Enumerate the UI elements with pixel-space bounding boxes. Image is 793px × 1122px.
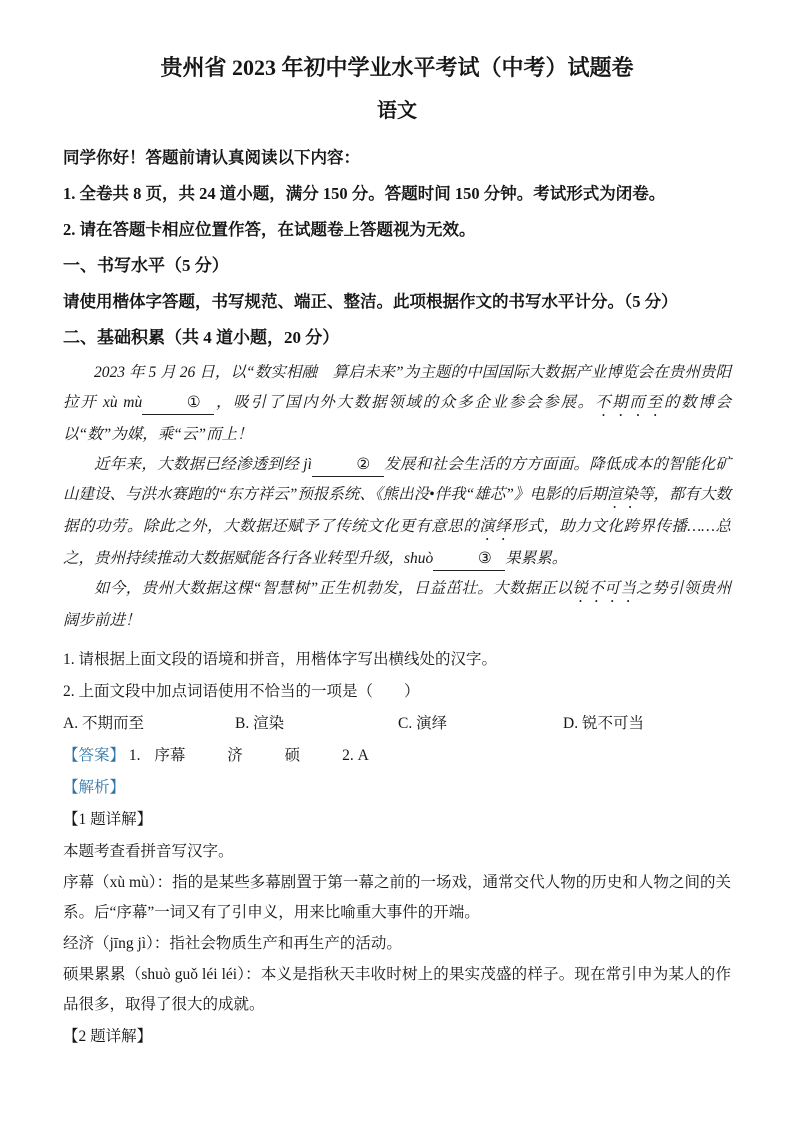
option-b: B. 渲染 [235,708,398,740]
passage-paragraph-2: 近年来，大数据已经渗透到经 jì②发展和社会生活的方方面面。降低成本的智能化矿山… [63,450,731,574]
subject-title: 语文 [63,98,731,124]
answer-1-word-1: 序幕 [154,747,185,764]
option-a: A. 不期而至 [63,708,235,740]
text-run: 果累累。 [505,550,567,567]
passage-paragraph-3: 如今，贵州大数据这棵“智慧树”正生机勃发，日益茁壮。大数据正以锐不可当之势引领贵… [63,574,731,636]
analysis-section: 【解析】 【1 题详解】 本题考查看拼音写汉字。 序幕（xù mù）：指的是某些… [63,772,731,1053]
q1-analysis-heading: 【1 题详解】 [63,804,731,836]
question-2-options: A. 不期而至 B. 渲染 C. 演绎 D. 锐不可当 [63,708,731,740]
q2-analysis-heading: 【2 题详解】 [63,1021,731,1053]
passage-paragraph-1: 2023 年 5 月 26 日，以“数实相融 算启未来”为主题的中国国际大数据产… [63,358,731,450]
reading-passage: 2023 年 5 月 26 日，以“数实相融 算启未来”为主题的中国国际大数据产… [63,358,731,636]
question-2: 2. 上面文段中加点词语使用不恰当的一项是（ ） [63,676,731,708]
notice-item-1: 1. 全卷共 8 页，共 24 道小题，满分 150 分。答题时间 150 分钟… [63,176,731,212]
answer-1-word-2: 济 [227,747,243,764]
blank-underline-2: ② [312,454,384,477]
text-run: ，吸引了国内外大数据领域的众多企业参会参展。 [214,394,595,411]
emphasized-term: 不期而至 [595,394,664,411]
circled-number-3: ③ [478,550,492,567]
exam-paper-page: 贵州省 2023 年初中学业水平考试（中考）试题卷 语文 同学你好！答题前请认真… [0,0,793,1053]
blank-underline-1: ① [142,392,214,415]
option-c: C. 演绎 [398,708,563,740]
section-1-requirement: 请使用楷体字答题，书写规范、端正、整洁。此项根据作文的书写水平计分。（5 分） [63,284,731,320]
analysis-paragraph: 硕果累累（shuò guǒ léi léi）：本义是指秋天丰收时树上的果实茂盛的… [63,960,731,1020]
option-d: D. 锐不可当 [563,708,731,740]
answer-1-word-3: 硕 [285,747,301,764]
analysis-paragraph: 本题考查看拼音写汉字。 [63,837,731,867]
answer-2: 2. A [342,747,369,764]
section-2-heading: 二、基础积累（共 4 道小题，20 分） [63,320,731,356]
page-title: 贵州省 2023 年初中学业水平考试（中考）试题卷 [63,54,731,82]
analysis-paragraph: 序幕（xù mù）：指的是某些多幕剧置于第一幕之前的一场戏，通常交代人物的历史和… [63,868,731,928]
circled-number-2: ② [356,456,370,473]
analysis-paragraph: 经济（jīng jì）：指社会物质生产和再生产的活动。 [63,929,731,959]
text-run: 如今，贵州大数据这棵“智慧树”正生机勃发，日益茁壮。大数据正以 [94,580,573,597]
notice-item-2: 2. 请在答题卡相应位置作答，在试题卷上答题视为无效。 [63,212,731,248]
emphasized-term: 演绎 [479,518,511,535]
circled-number-1: ① [187,394,201,411]
analysis-label: 【解析】 [63,772,731,804]
notice-greeting: 同学你好！答题前请认真阅读以下内容： [63,140,731,176]
answer-1-number: 1. [129,747,141,764]
question-1: 1. 请根据上面文段的语境和拼音，用楷体字写出横线处的汉字。 [63,644,731,676]
answer-line: 【答案】 1. 序幕 济 硕 2. A [63,740,731,772]
answer-label: 【答案】 [63,747,125,764]
section-1-heading: 一、书写水平（5 分） [63,248,731,284]
text-run: 近年来，大数据已经渗透到经 jì [94,456,312,473]
emphasized-term: 锐不可当 [573,580,637,597]
blank-underline-3: ③ [433,548,505,571]
emphasized-term: 渲染 [607,486,638,503]
